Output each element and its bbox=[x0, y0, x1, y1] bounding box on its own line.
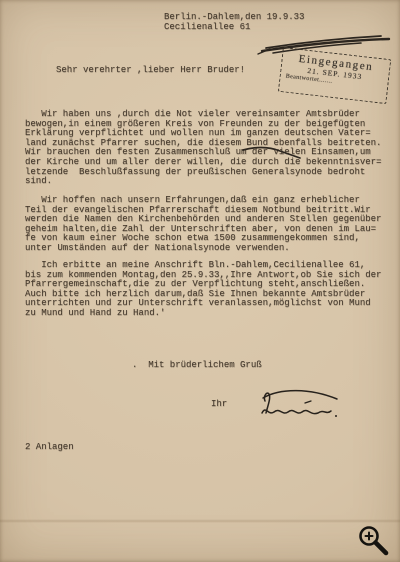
letter-paragraph-1: Wir haben uns ,durch die Not vieler vere… bbox=[25, 110, 393, 187]
closing-line: . Mit brüderlichem Gruß bbox=[132, 361, 262, 371]
address-line: Cecilienallee 61 bbox=[164, 23, 250, 33]
letter-paragraph-3: Ich erbitte an meine Anschrift Bln.-Dahl… bbox=[25, 261, 393, 319]
letter-paragraph-2: Wir hoffen nach unsern Erfahrungen,daß e… bbox=[25, 196, 393, 254]
scanned-letter-page: Berlin.-Dahlem,den 19.9.33 Cecilienallee… bbox=[0, 0, 400, 562]
magnifier-plus-icon bbox=[353, 522, 395, 560]
paper-crease bbox=[0, 519, 400, 523]
zoom-in-button[interactable] bbox=[353, 522, 395, 560]
salutation: Sehr verehrter ,lieber Herr Bruder! bbox=[56, 66, 245, 76]
signature-intro: Ihr bbox=[211, 400, 227, 410]
enclosures-note: 2 Anlagen bbox=[25, 443, 74, 453]
received-stamp: Eingegangen 21. SEP. 1933 Beantwortet...… bbox=[278, 47, 391, 104]
